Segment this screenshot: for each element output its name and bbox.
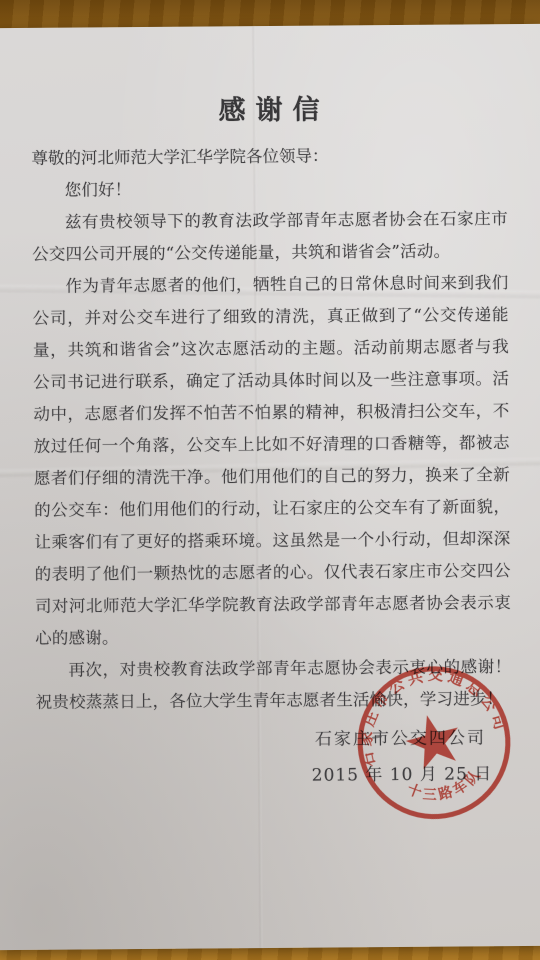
seal-star-icon [401,709,466,772]
letter-paper: 感谢信 尊敬的河北师范大学汇华学院各位领导： 您们好！ 兹有贵校领导下的教育法政… [0,24,540,950]
photo-of-letter: 感谢信 尊敬的河北师范大学汇华学院各位领导： 您们好！ 兹有贵校领导下的教育法政… [0,0,540,960]
greeting: 您们好！ [32,171,508,207]
letter-title: 感谢信 [31,86,507,129]
salutation: 尊敬的河北师范大学汇华学院各位领导： [31,139,507,175]
paragraph-volunteer-work: 作为青年志愿者的他们，牺牲自己的日常休息时间来到我们公司，并对公交车进行了细致的… [32,267,511,655]
paragraph-activity-intro: 兹有贵校领导下的教育法政学部青年志愿者协会在石家庄市公交四公司开展的“公交传递能… [32,203,508,271]
